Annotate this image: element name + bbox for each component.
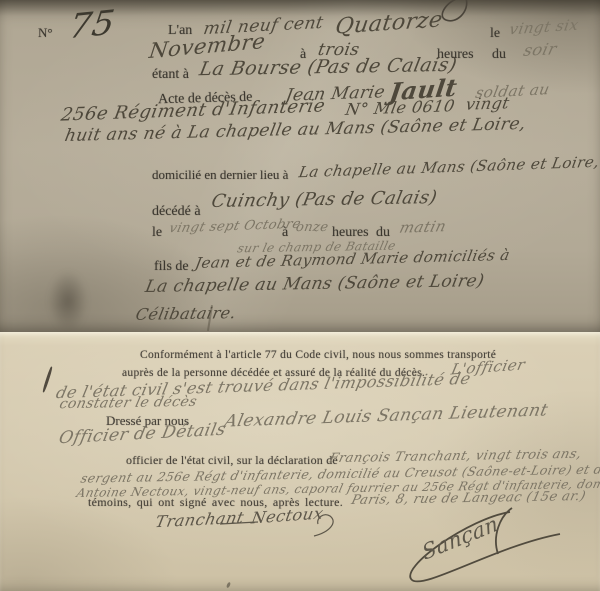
ink-speck (226, 582, 231, 589)
age-entry-part1: vingt (464, 95, 510, 112)
signature-officer-flourish-icon (392, 502, 567, 590)
death-hour-entry: onze (295, 221, 330, 234)
signature-swoosh-icon (218, 514, 348, 540)
register-bottom-sheet: Conformément à l'article 77 du Code civi… (0, 332, 600, 591)
period-entry: soir (522, 41, 558, 59)
death-period-entry: matin (398, 219, 448, 236)
officer-title-entry: Officier de Détails (57, 422, 227, 448)
signature-officer: Sançan (392, 502, 567, 590)
fils-de-label: fils de (154, 260, 189, 274)
matricule-entry: N° Mle 0610 (344, 98, 456, 118)
decede-a-label: décédé à (152, 205, 201, 219)
year-entry: Quatorze (334, 9, 444, 38)
etant-a-label: étant à (152, 68, 189, 82)
article77-line1: Conformément à l'article 77 du Code civi… (140, 350, 496, 362)
ink-smudge (48, 270, 88, 332)
officer-note-line3: constater le décès (58, 395, 198, 411)
death-heures-label: heures (332, 226, 369, 240)
death-certificate-scan: N° 75 L'an mil neuf cent Quatorze le vin… (0, 0, 600, 591)
declaration-label: officier de l'état civil, sur la déclara… (126, 454, 338, 466)
marital-status-entry: Célibataire. (134, 305, 237, 323)
death-hour-a-label: à (282, 226, 288, 240)
le-label: le (490, 27, 500, 41)
death-date-le-label: le (152, 226, 162, 240)
du-label: du (492, 48, 506, 62)
domicile-label: domicilié en dernier lieu à (152, 168, 288, 181)
register-top-sheet: N° 75 L'an mil neuf cent Quatorze le vin… (0, 0, 600, 332)
act-number-value: 75 (67, 6, 117, 44)
drafting-officer-entry: Alexandre Louis Sançan Lieutenant (223, 402, 550, 430)
act-number-label: N° (38, 26, 53, 39)
pen-slash-mark (42, 366, 53, 393)
parents-domicile-entry: La chapelle au Mans (Saône et Loire) (144, 273, 486, 296)
day-entry: vingt six (508, 18, 580, 38)
death-place-entry: Cuinchy (Pas de Calais) (210, 189, 439, 211)
domicile-entry: La chapelle au Mans (Saône et Loire, (298, 155, 600, 180)
